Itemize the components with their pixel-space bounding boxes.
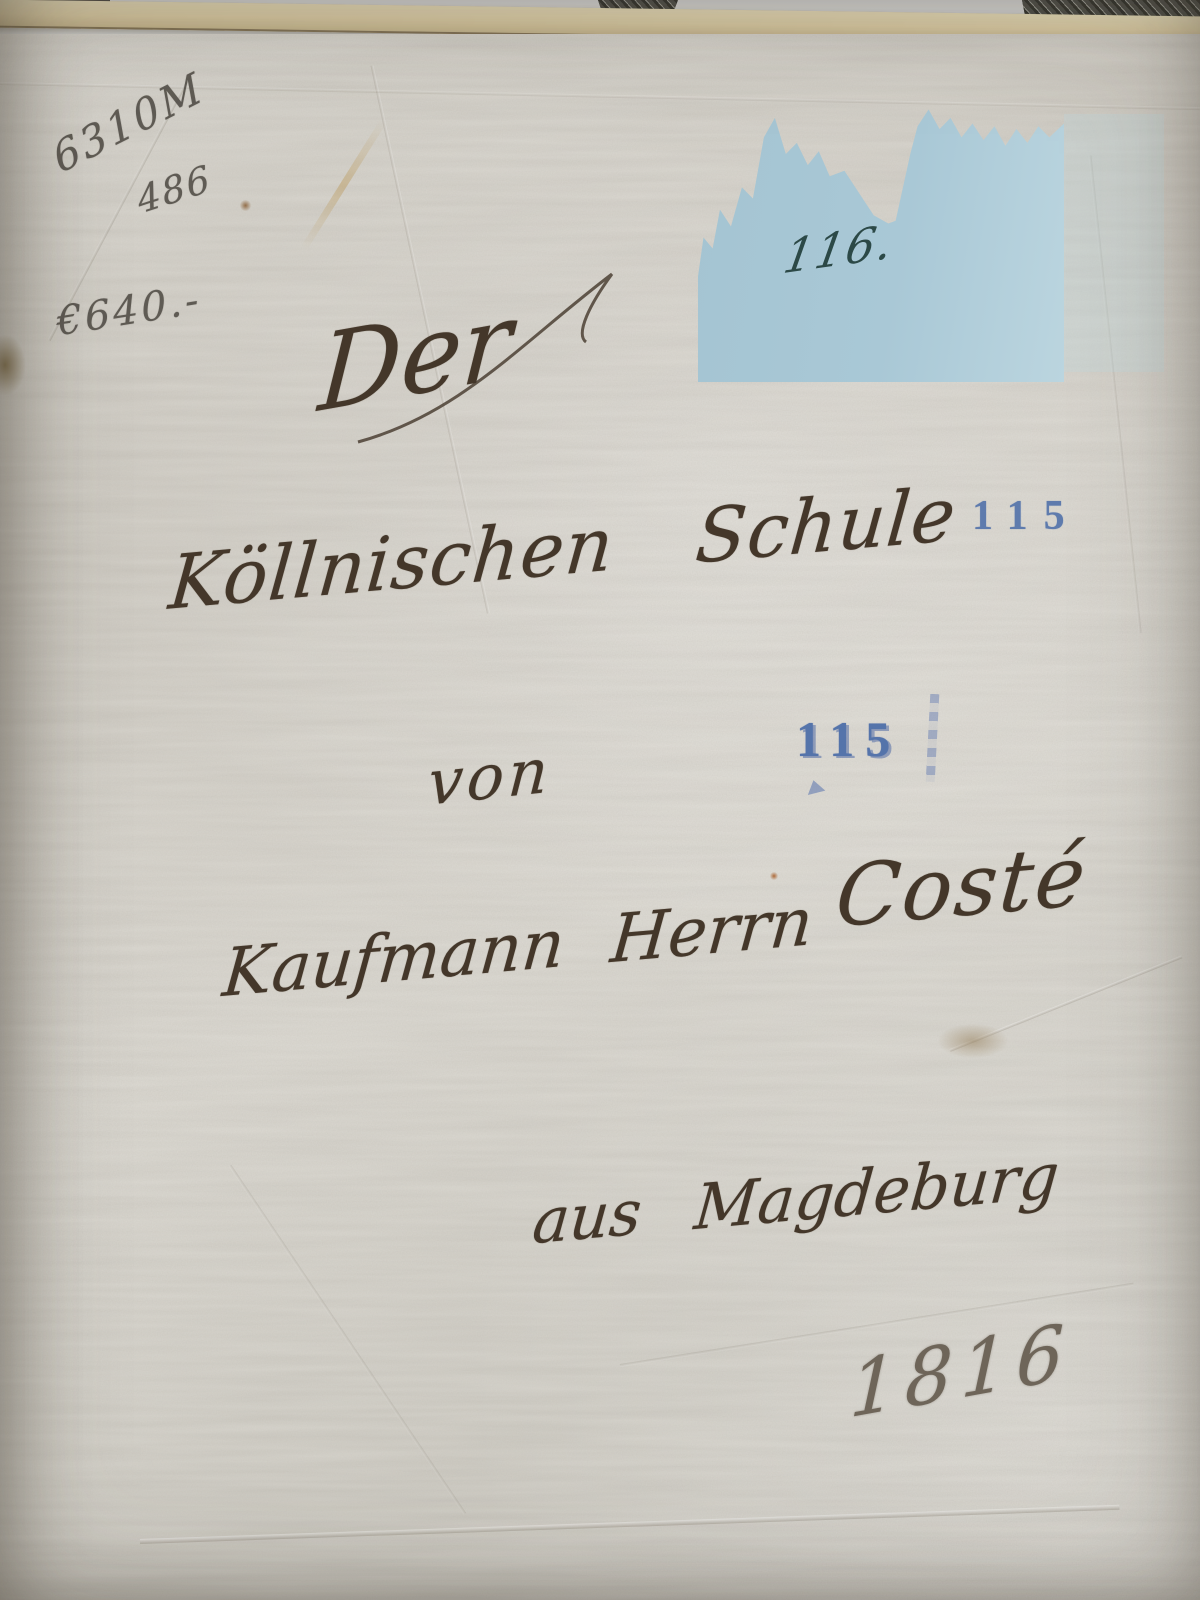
ink-streak (301, 120, 386, 251)
handwriting-line-city: aus Magdeburg (530, 1139, 1062, 1259)
blue-number-stamp-top: 115 (972, 492, 1081, 540)
crease-line (140, 1505, 1120, 1544)
handwriting-kaufmann-herrn: Kaufmann Herrn (220, 883, 816, 1012)
manuscript-paper: 6310M 486 €640.- 116. 115 115 Der Köllni… (0, 34, 1200, 1600)
handwriting-name-coste: Costé (832, 826, 1091, 947)
stain-spot (938, 1024, 1008, 1058)
stamp-ink-smudge (926, 694, 940, 782)
torn-blue-label: 116. (698, 104, 1064, 382)
handwriting-line-donor: Kaufmann HerrnCosté (219, 842, 1090, 1017)
crease-line (229, 1165, 466, 1515)
handwriting-line-von: von (426, 733, 555, 820)
blue-number-stamp-middle: 115 (796, 710, 901, 768)
handwriting-line-school: Köllnischen Schule (166, 471, 960, 627)
handwriting-line-der: Der (315, 277, 515, 436)
stamp-ink-mark (805, 778, 826, 795)
photographed-manuscript-page: 6310M 486 €640.- 116. 115 115 Der Köllni… (0, 0, 1200, 1600)
stain-spot (0, 334, 26, 396)
label-glue-residue (1064, 114, 1164, 372)
pencil-inventory-number: 486 (133, 157, 215, 223)
stain-spot (240, 200, 251, 211)
label-handwritten-number: 116. (780, 213, 899, 284)
